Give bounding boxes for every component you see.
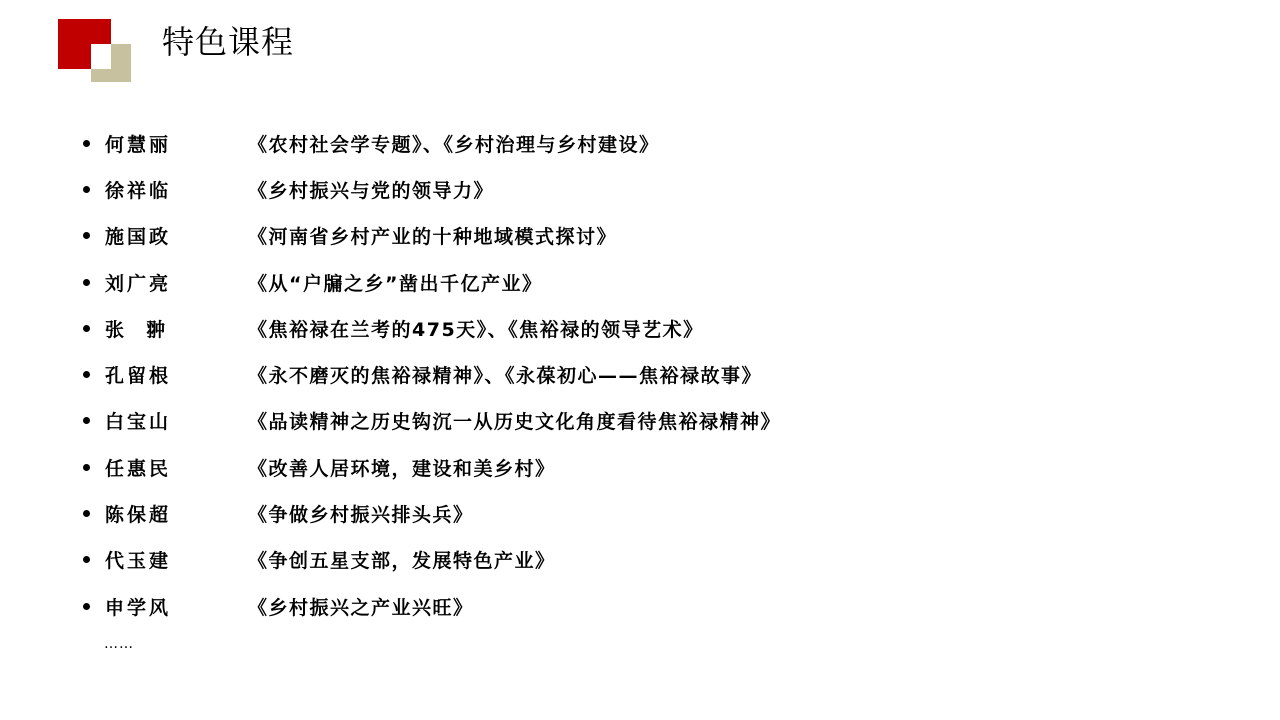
bullet-icon [83,510,90,517]
list-item: 白宝山《品读精神之历史钩沉一从历史文化角度看待焦裕禄精神》 [80,398,781,444]
course-title: 《争做乡村振兴排头兵》 [248,500,474,527]
bullet-icon [83,279,90,286]
list-item: 孔留根《永不磨灭的焦裕禄精神》、《永葆初心——焦裕禄故事》 [80,351,781,397]
course-title: 《乡村振兴之产业兴旺》 [248,593,474,620]
bullet-icon [83,186,90,193]
course-title: 《农村社会学专题》、《乡村治理与乡村建设》 [248,130,660,157]
teacher-name: 申学风 [105,593,248,620]
course-title: 《改善人居环境，建设和美乡村》 [248,454,556,481]
bullet-icon [83,556,90,563]
slide-title: 特色课程 [162,22,294,62]
bullet-icon [83,232,90,239]
teacher-name: 任惠民 [105,454,248,481]
teacher-name: 代玉建 [105,546,248,573]
teacher-name: 何慧丽 [105,130,248,157]
list-item: 刘广亮《从“户牖之乡”凿出千亿产业》 [80,259,781,305]
course-title: 《争创五星支部，发展特色产业》 [248,546,556,573]
course-title: 《永不磨灭的焦裕禄精神》、《永葆初心——焦裕禄故事》 [248,361,762,388]
list-item: 申学风《乡村振兴之产业兴旺》 [80,583,781,629]
list-item: 陈保超《争做乡村振兴排头兵》 [80,490,781,536]
list-item: 徐祥临《乡村振兴与党的领导力》 [80,166,781,212]
bullet-icon [83,464,90,471]
teacher-name: 孔留根 [105,361,248,388]
list-item: 任惠民《改善人居环境，建设和美乡村》 [80,444,781,490]
course-list: 何慧丽《农村社会学专题》、《乡村治理与乡村建设》 徐祥临《乡村振兴与党的领导力》… [80,120,781,629]
bullet-icon [83,140,90,147]
course-title: 《河南省乡村产业的十种地域模式探讨》 [248,222,617,249]
bullet-icon [83,325,90,332]
more-ellipsis: …… [104,636,134,652]
course-title: 《从“户牖之乡”凿出千亿产业》 [248,269,542,296]
course-title: 《焦裕禄在兰考的475天》、《焦裕禄的领导艺术》 [248,315,704,342]
list-item: 施国政《河南省乡村产业的十种地域模式探讨》 [80,213,781,259]
teacher-name: 徐祥临 [105,176,248,203]
bullet-icon [83,603,90,610]
logo-white-notch [91,44,111,69]
teacher-name: 刘广亮 [105,269,248,296]
bullet-icon [83,417,90,424]
teacher-name: 施国政 [105,222,248,249]
course-title: 《乡村振兴与党的领导力》 [248,176,494,203]
teacher-name: 张 翀 [105,315,248,342]
bullet-icon [83,371,90,378]
list-item: 代玉建《争创五星支部，发展特色产业》 [80,537,781,583]
list-item: 何慧丽《农村社会学专题》、《乡村治理与乡村建设》 [80,120,781,166]
logo [58,19,132,83]
teacher-name: 陈保超 [105,500,248,527]
list-item: 张 翀《焦裕禄在兰考的475天》、《焦裕禄的领导艺术》 [80,305,781,351]
course-title: 《品读精神之历史钩沉一从历史文化角度看待焦裕禄精神》 [248,407,781,434]
teacher-name: 白宝山 [105,407,248,434]
